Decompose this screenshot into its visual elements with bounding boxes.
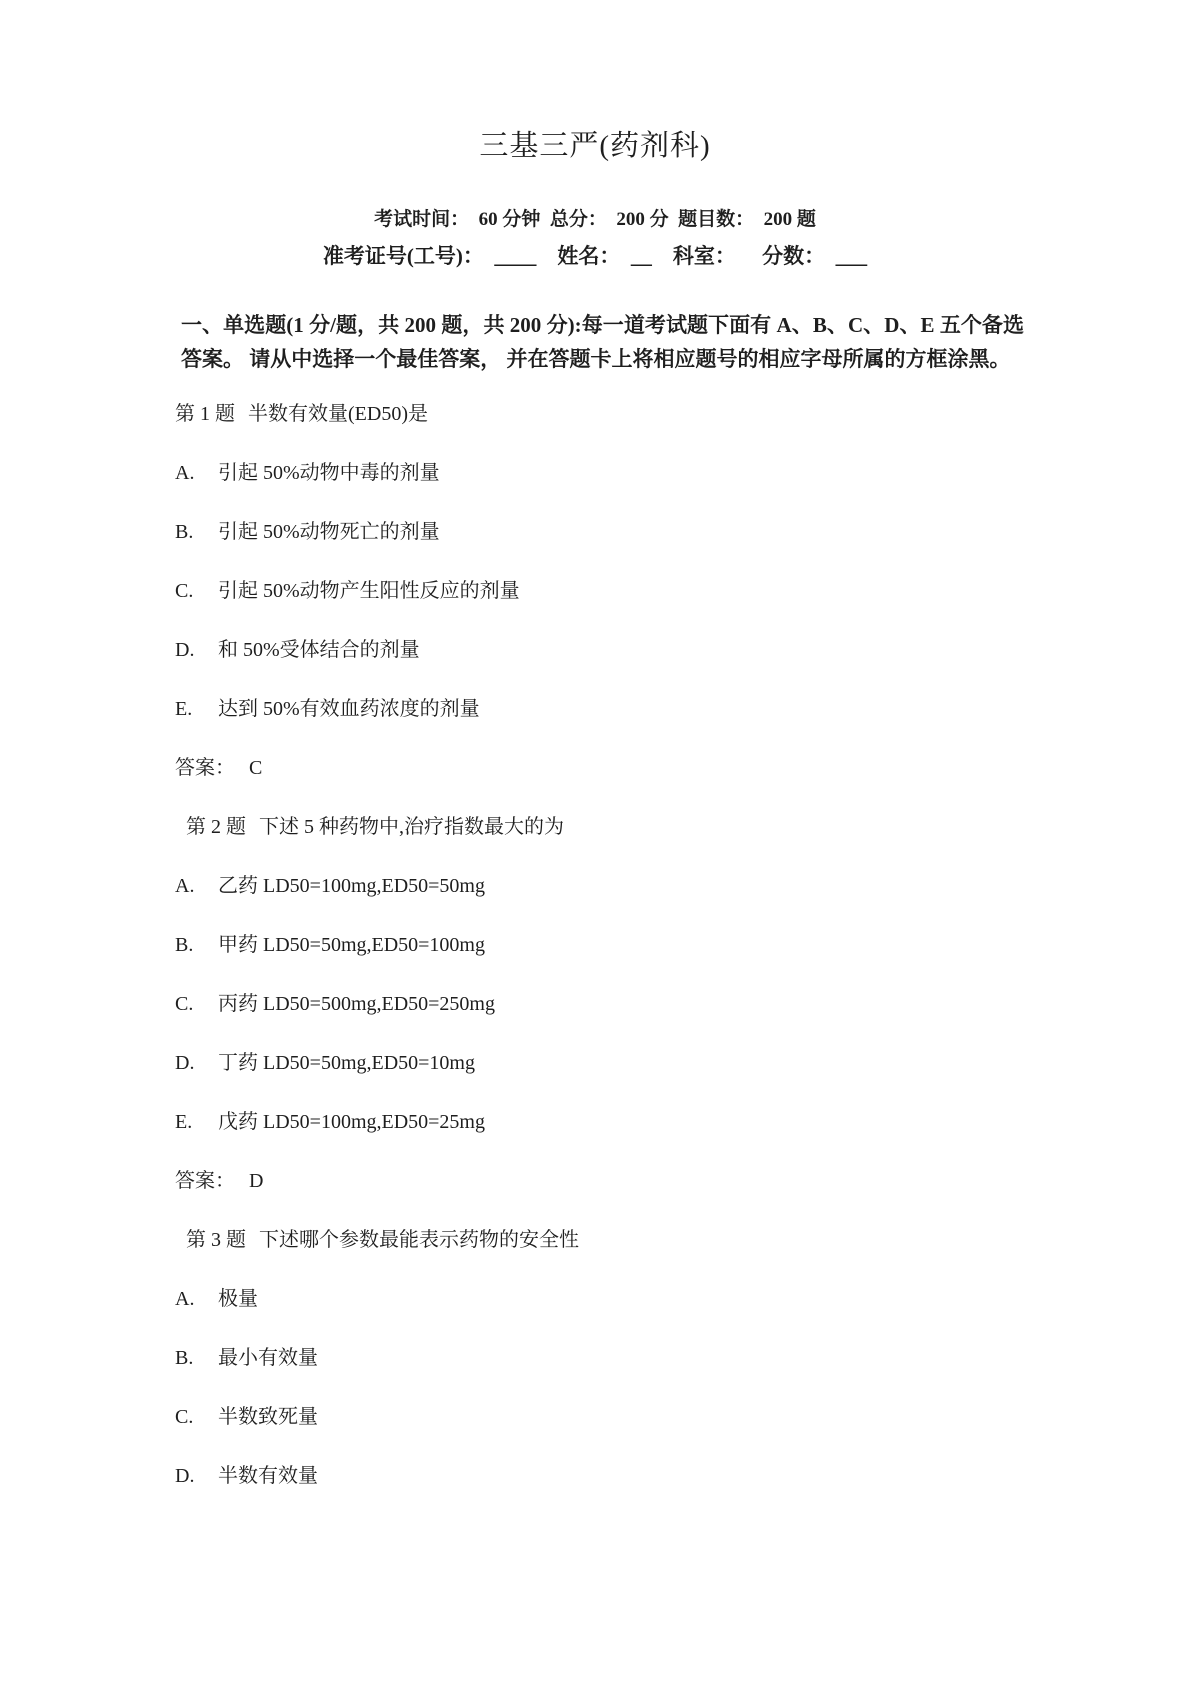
option-row: E.达到 50%有效血药浓度的剂量 — [175, 697, 1040, 722]
option-row: A.乙药 LD50=100mg,ED50=50mg — [175, 874, 1040, 899]
option-row: D.半数有效量 — [175, 1464, 1040, 1489]
option-letter: A. — [175, 874, 218, 899]
option-letter: C. — [175, 1405, 218, 1430]
answer-value: C — [249, 757, 262, 779]
answer-row: 答案：C — [175, 756, 1040, 781]
option-row: C.丙药 LD50=500mg,ED50=250mg — [175, 992, 1040, 1017]
page-title: 三基三严(药剂科) — [0, 0, 1190, 163]
option-letter: E. — [175, 697, 218, 722]
option-row: A.引起 50%动物中毒的剂量 — [175, 461, 1040, 486]
question-header: 第 3 题下述哪个参数最能表示药物的安全性 — [175, 1228, 1040, 1253]
option-letter: A. — [175, 461, 218, 486]
option-text: 引起 50%动物死亡的剂量 — [218, 521, 440, 543]
question-header: 第 1 题半数有效量(ED50)是 — [175, 402, 1040, 427]
question-number: 第 2 题 — [186, 816, 246, 838]
option-text: 丙药 LD50=500mg,ED50=250mg — [218, 993, 495, 1015]
question-text: 下述哪个参数最能表示药物的安全性 — [259, 1229, 579, 1251]
option-text: 戊药 LD50=100mg,ED50=25mg — [218, 1111, 485, 1133]
option-letter: E. — [175, 1110, 218, 1135]
option-letter: C. — [175, 579, 218, 604]
option-row: B.最小有效量 — [175, 1346, 1040, 1371]
question-text: 下述 5 种药物中,治疗指数最大的为 — [259, 816, 564, 838]
option-text: 丁药 LD50=50mg,ED50=10mg — [218, 1052, 475, 1074]
option-row: C.半数致死量 — [175, 1405, 1040, 1430]
option-row: D.和 50%受体结合的剂量 — [175, 638, 1040, 663]
option-text: 甲药 LD50=50mg,ED50=100mg — [218, 934, 485, 956]
option-text: 达到 50%有效血药浓度的剂量 — [218, 698, 480, 720]
answer-row: 答案：D — [175, 1169, 1040, 1194]
option-letter: B. — [175, 520, 218, 545]
option-text: 乙药 LD50=100mg,ED50=50mg — [218, 875, 485, 897]
option-letter: B. — [175, 1346, 218, 1371]
option-text: 和 50%受体结合的剂量 — [218, 639, 420, 661]
option-text: 引起 50%动物产生阳性反应的剂量 — [218, 580, 520, 602]
option-letter: D. — [175, 1051, 218, 1076]
option-row: E.戊药 LD50=100mg,ED50=25mg — [175, 1110, 1040, 1135]
option-row: D.丁药 LD50=50mg,ED50=10mg — [175, 1051, 1040, 1076]
option-text: 半数有效量 — [218, 1465, 318, 1487]
option-text: 极量 — [218, 1288, 258, 1310]
option-letter: C. — [175, 992, 218, 1017]
candidate-info-line: 准考证号(工号)： ____ 姓名： __ 科室： 分数： ___ — [0, 244, 1190, 268]
exam-document-page: 三基三严(药剂科) 考试时间： 60 分钟 总分： 200 分 题目数： 200… — [0, 0, 1190, 1683]
option-letter: A. — [175, 1287, 218, 1312]
section-intro: 一、单选题(1 分/题，共 200 题，共 200 分):每一道考试题下面有 A… — [181, 308, 1024, 376]
option-letter: B. — [175, 933, 218, 958]
option-text: 半数致死量 — [218, 1406, 318, 1428]
option-row: B.甲药 LD50=50mg,ED50=100mg — [175, 933, 1040, 958]
option-row: B.引起 50%动物死亡的剂量 — [175, 520, 1040, 545]
question-number: 第 1 题 — [175, 403, 235, 425]
option-text: 引起 50%动物中毒的剂量 — [218, 462, 440, 484]
answer-label: 答案： — [175, 1169, 249, 1194]
question-number: 第 3 题 — [186, 1229, 246, 1251]
option-row: A.极量 — [175, 1287, 1040, 1312]
option-letter: D. — [175, 638, 218, 663]
question-header: 第 2 题下述 5 种药物中,治疗指数最大的为 — [175, 815, 1040, 840]
option-text: 最小有效量 — [218, 1347, 318, 1369]
answer-value: D — [249, 1170, 263, 1192]
question-text: 半数有效量(ED50)是 — [248, 403, 428, 425]
answer-label: 答案： — [175, 756, 249, 781]
exam-info-line: 考试时间： 60 分钟 总分： 200 分 题目数： 200 题 — [0, 209, 1190, 231]
option-row: C.引起 50%动物产生阳性反应的剂量 — [175, 579, 1040, 604]
questions-area: 第 1 题半数有效量(ED50)是 A.引起 50%动物中毒的剂量 B.引起 5… — [175, 402, 1040, 1489]
option-letter: D. — [175, 1464, 218, 1489]
